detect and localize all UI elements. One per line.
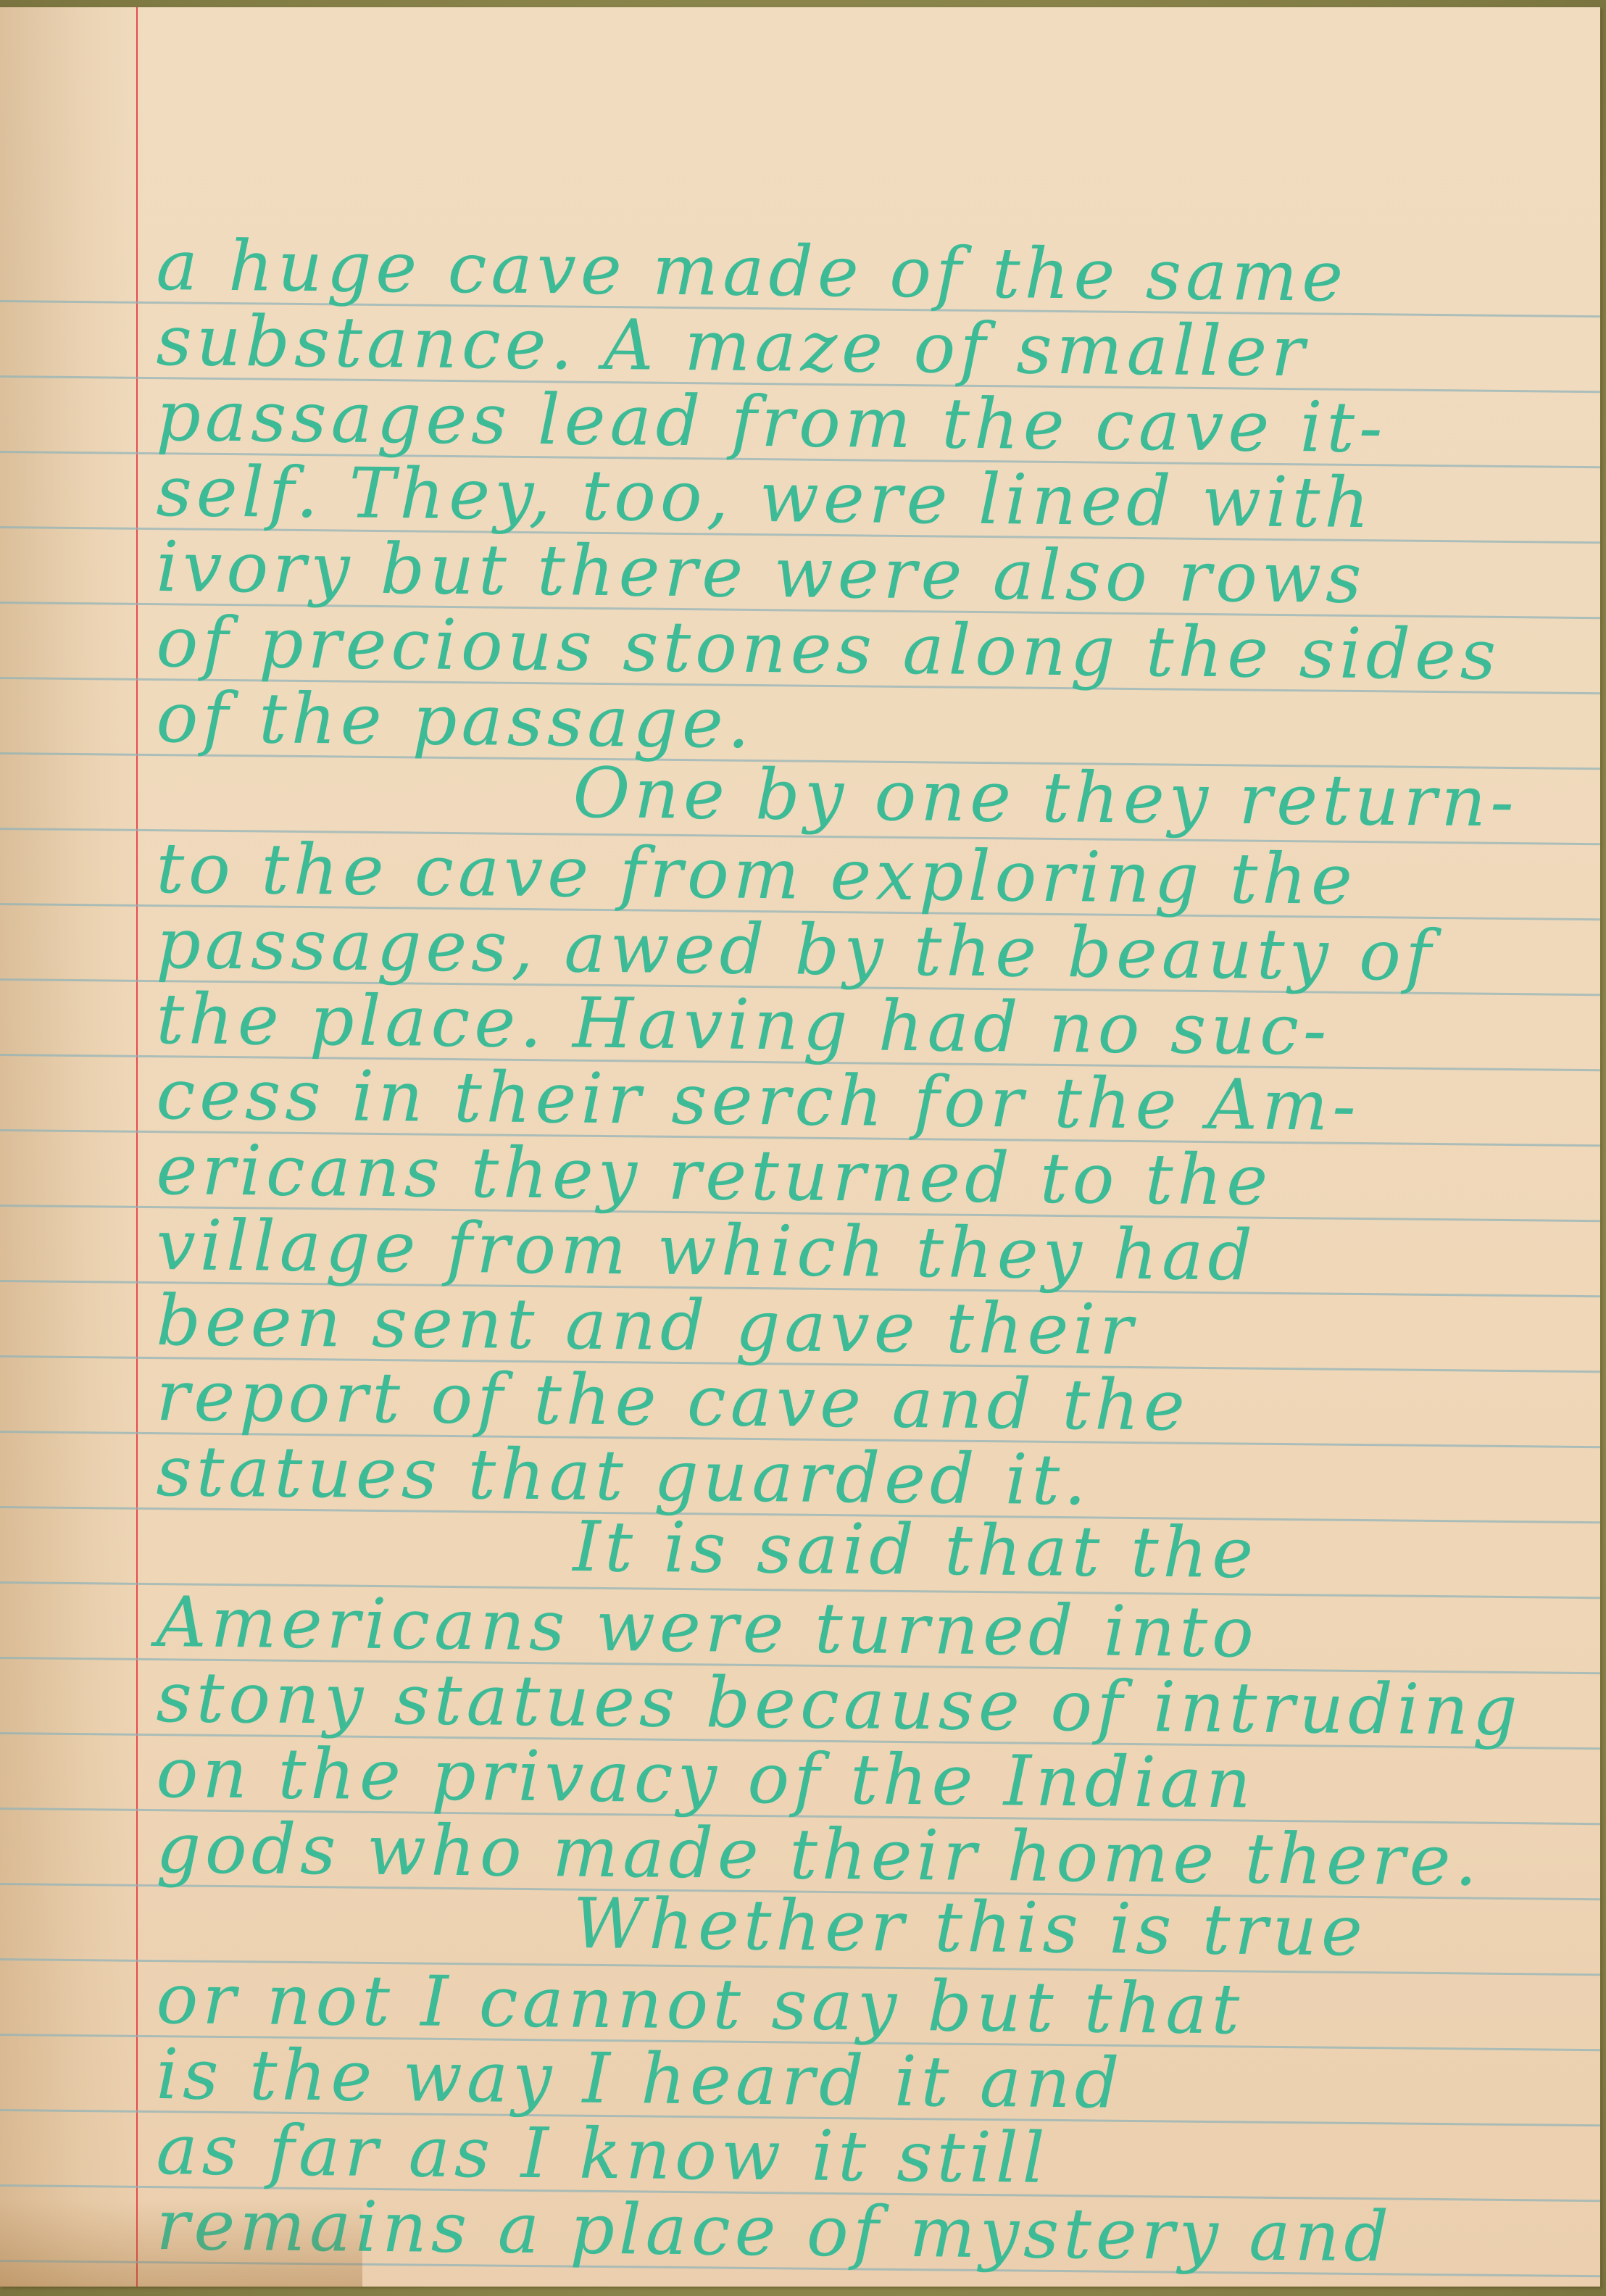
notebook-page: a huge cave made of the same substance. …: [0, 7, 1600, 2287]
handwritten-text: a huge cave made of the same substance. …: [0, 7, 1600, 2287]
handwritten-line: remains a place of mystery and: [156, 2155, 1394, 2276]
